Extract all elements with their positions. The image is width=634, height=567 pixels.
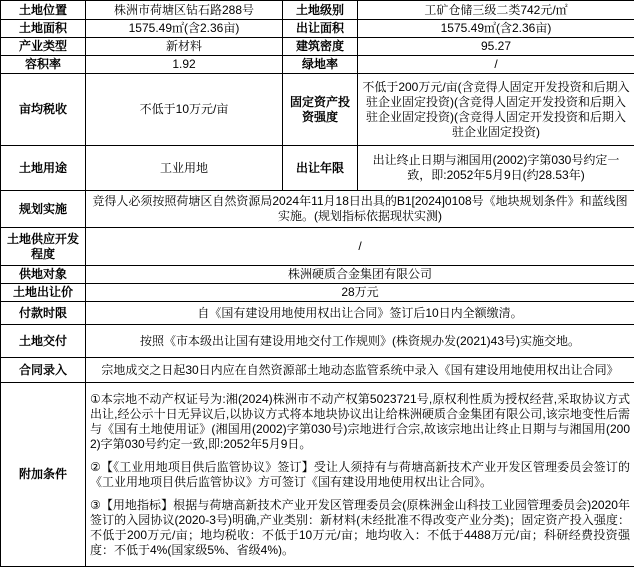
plot-ratio-value: 1.92 xyxy=(86,56,283,74)
transfer-price-value: 28万元 xyxy=(86,284,634,302)
row-industry-density: 产业类型 新材料 建筑密度 95.27 xyxy=(1,38,634,56)
land-delivery-value: 按照《市本级出让国有建设用地交付工作规则》(株资规办发(2021)43号)实施交… xyxy=(86,325,634,358)
contract-entry-value: 宗地成交之日起30日内应在自然资源部土地动态监管系统中录入《国有建设用地使用权出… xyxy=(86,358,634,383)
additional-conditions-value: ①本宗地不动产权证号为:湘(2024)株洲市不动产权第5023721号,原权利性… xyxy=(86,383,634,567)
location-value: 株洲市荷塘区钻石路288号 xyxy=(86,1,283,20)
row-payment-term: 付款时限 自《国有建设用地使用权出让合同》签订后10日内全额缴清。 xyxy=(1,302,634,325)
land-use-value: 工业用地 xyxy=(86,146,283,191)
transfer-area-value: 1575.49㎡(含2.36亩) xyxy=(358,20,634,38)
land-use-label: 土地用途 xyxy=(1,146,86,191)
green-ratio-value: / xyxy=(358,56,634,74)
transfer-term-label: 出让年限 xyxy=(283,146,358,191)
row-supply-target: 供地对象 株洲硬质合金集团有限公司 xyxy=(1,266,634,284)
payment-term-value: 自《国有建设用地使用权出让合同》签订后10日内全额缴清。 xyxy=(86,302,634,325)
additional-paragraph-1: ①本宗地不动产权证号为:湘(2024)株洲市不动产权第5023721号,原权利性… xyxy=(90,392,630,452)
additional-conditions-label: 附加条件 xyxy=(1,383,86,567)
building-density-value: 95.27 xyxy=(358,38,634,56)
transfer-area-label: 出让面积 xyxy=(283,20,358,38)
row-additional-conditions: 附加条件 ①本宗地不动产权证号为:湘(2024)株洲市不动产权第5023721号… xyxy=(1,383,634,567)
area-label: 土地面积 xyxy=(1,20,86,38)
supply-target-value: 株洲硬质合金集团有限公司 xyxy=(86,266,634,284)
row-planning: 规划实施 竞得人必须按照荷塘区自然资源局2024年11月18日出具的B1[202… xyxy=(1,191,634,228)
supply-development-value: / xyxy=(86,228,634,266)
row-transfer-price: 土地出让价 28万元 xyxy=(1,284,634,302)
grade-label: 土地级别 xyxy=(283,1,358,20)
contract-entry-label: 合同录入 xyxy=(1,358,86,383)
industry-type-value: 新材料 xyxy=(86,38,283,56)
industry-type-label: 产业类型 xyxy=(1,38,86,56)
area-value: 1575.49㎡(含2.36亩) xyxy=(86,20,283,38)
row-ratios: 容积率 1.92 绿地率 / xyxy=(1,56,634,74)
tax-per-mu-value: 不低于10万元/亩 xyxy=(86,74,283,146)
supply-target-label: 供地对象 xyxy=(1,266,86,284)
land-info-table: 土地位置 株洲市荷塘区钻石路288号 土地级别 工矿仓储三级二类742元/㎡ 土… xyxy=(0,0,634,567)
row-supply-development: 土地供应开发程度 / xyxy=(1,228,634,266)
plot-ratio-label: 容积率 xyxy=(1,56,86,74)
row-area: 土地面积 1575.49㎡(含2.36亩) 出让面积 1575.49㎡(含2.3… xyxy=(1,20,634,38)
transfer-price-label: 土地出让价 xyxy=(1,284,86,302)
fixed-investment-value: 不低于200万元/亩(含竞得人固定开发投资和后期入驻企业固定投资)(含竞得人固定… xyxy=(358,74,634,146)
row-use-term: 土地用途 工业用地 出让年限 出让终止日期与湘国用(2002)字第030号约定一… xyxy=(1,146,634,191)
land-delivery-label: 土地交付 xyxy=(1,325,86,358)
row-tax-investment: 亩均税收 不低于10万元/亩 固定资产投资强度 不低于200万元/亩(含竞得人固… xyxy=(1,74,634,146)
location-label: 土地位置 xyxy=(1,1,86,20)
building-density-label: 建筑密度 xyxy=(283,38,358,56)
additional-paragraph-2: ②【《工业用地项目供后监管协议》签订】受让人须持有与荷塘高新技术产业开发区管理委… xyxy=(90,460,630,490)
tax-per-mu-label: 亩均税收 xyxy=(1,74,86,146)
transfer-term-value: 出让终止日期与湘国用(2002)字第030号约定一致，即:2052年5月9日(约… xyxy=(358,146,634,191)
planning-value: 竞得人必须按照荷塘区自然资源局2024年11月18日出具的B1[2024]010… xyxy=(86,191,634,228)
fixed-investment-label: 固定资产投资强度 xyxy=(283,74,358,146)
additional-paragraph-3: ③【用地指标】根据与荷塘高新技术产业开发区管理委员会(原株洲金山科技工业园管理委… xyxy=(90,498,630,558)
green-ratio-label: 绿地率 xyxy=(283,56,358,74)
row-contract-entry: 合同录入 宗地成交之日起30日内应在自然资源部土地动态监管系统中录入《国有建设用… xyxy=(1,358,634,383)
planning-label: 规划实施 xyxy=(1,191,86,228)
row-location-grade: 土地位置 株洲市荷塘区钻石路288号 土地级别 工矿仓储三级二类742元/㎡ xyxy=(1,1,634,20)
row-land-delivery: 土地交付 按照《市本级出让国有建设用地交付工作规则》(株资规办发(2021)43… xyxy=(1,325,634,358)
grade-value: 工矿仓储三级二类742元/㎡ xyxy=(358,1,634,20)
payment-term-label: 付款时限 xyxy=(1,302,86,325)
supply-development-label: 土地供应开发程度 xyxy=(1,228,86,266)
